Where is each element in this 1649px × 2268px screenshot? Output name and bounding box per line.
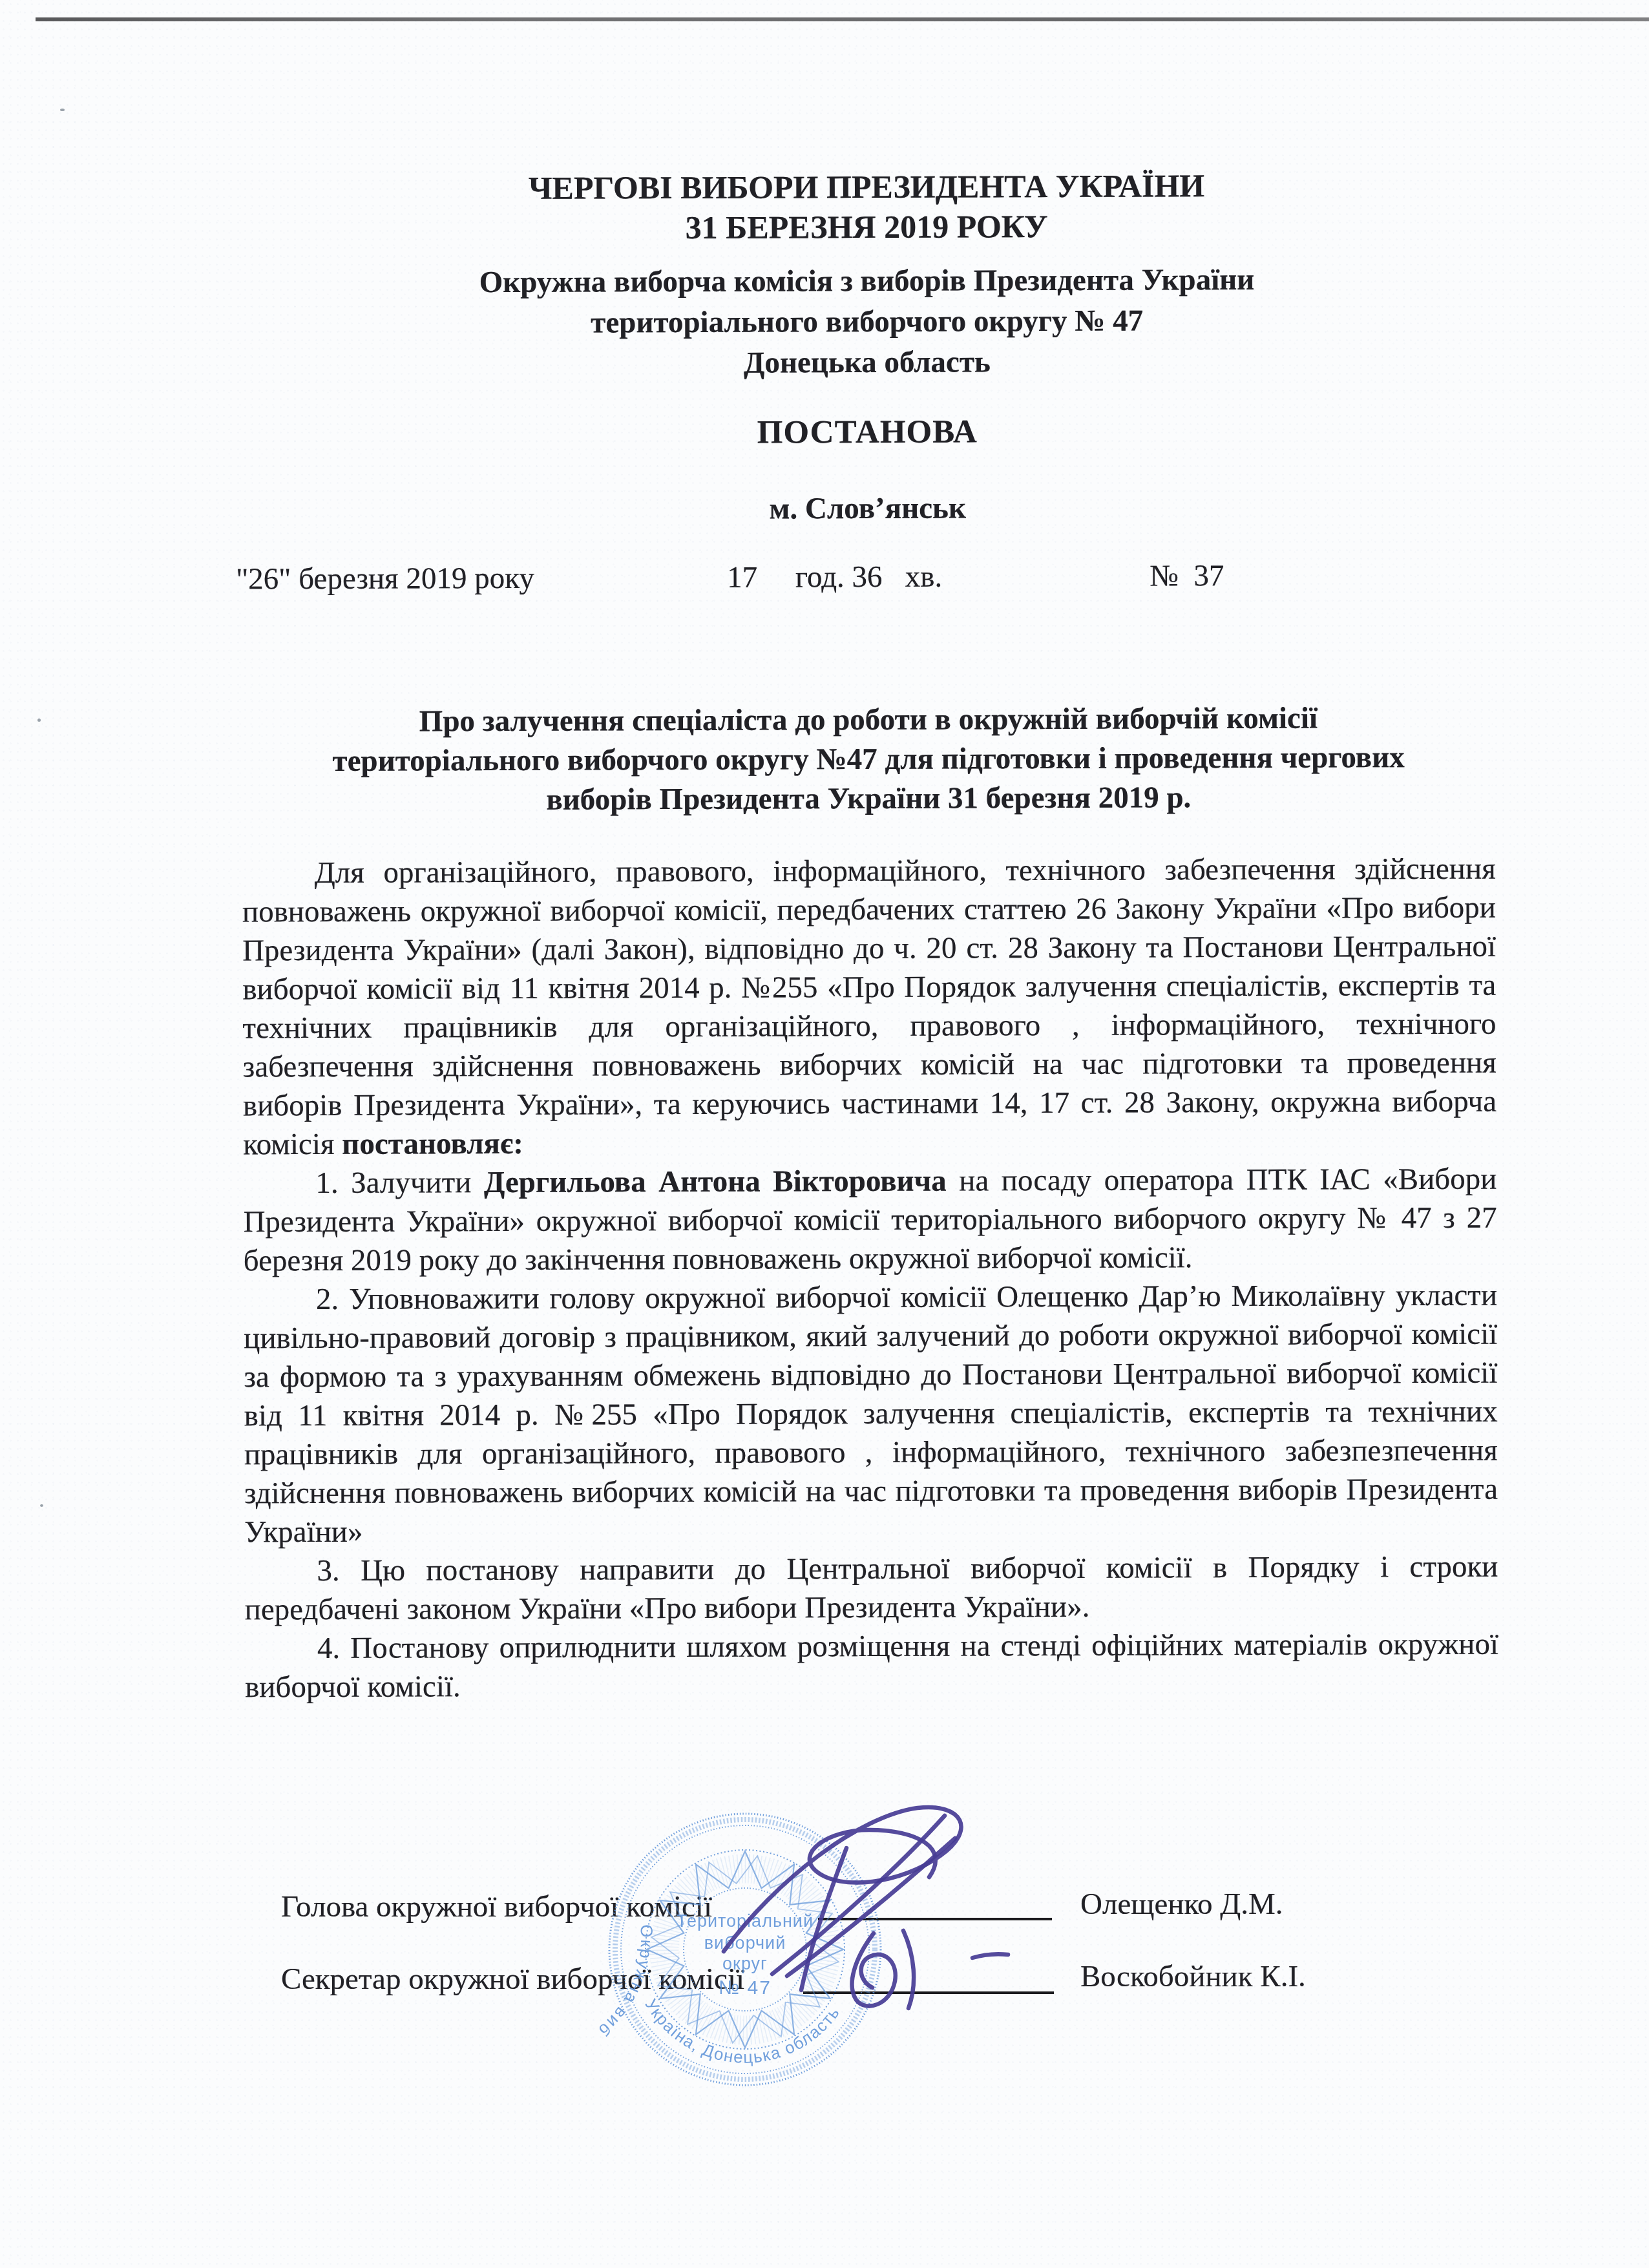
subject-line-1: Про залучення спеціаліста до роботи в ок… (242, 698, 1495, 742)
paragraph-item-4: 4. Постанову оприлюднити шляхом розміщен… (245, 1625, 1498, 1707)
date-number-row: "26" березня 2019 року 17 год. 36 хв. № … (241, 558, 1495, 601)
chairman-name: Олещенко Д.М. (1080, 1887, 1283, 1922)
chairman-signature-loops (724, 1807, 961, 1951)
subject-line-2: територіального виборчого округу №47 для… (242, 738, 1495, 782)
secretary-name: Воскобойник К.І. (1080, 1959, 1306, 1994)
election-header: ЧЕРГОВІ ВИБОРИ ПРЕЗИДЕНТА УКРАЇНИ 31 БЕР… (240, 165, 1493, 249)
commission-line-3: Донецька область (240, 341, 1494, 386)
item1-prefix: 1. Залучити (315, 1166, 484, 1200)
resolution-subject: Про залучення спеціаліста до роботи в ок… (242, 698, 1496, 821)
header-line-1: ЧЕРГОВІ ВИБОРИ ПРЕЗИДЕНТА УКРАЇНИ (240, 165, 1493, 209)
scanned-document-page: ЧЕРГОВІ ВИБОРИ ПРЕЗИДЕНТА УКРАЇНИ 31 БЕР… (0, 0, 1649, 2268)
header-line-2: 31 БЕРЕЗНЯ 2019 РОКУ (240, 205, 1493, 249)
paragraph-item-2: 2. Уповноважити голову окружної виборчої… (244, 1276, 1498, 1552)
preamble-text: Для організаційного, правового, інформац… (242, 852, 1497, 1162)
resolution-body: Для організаційного, правового, інформац… (242, 850, 1499, 1707)
secretary-signature-dash (972, 1954, 1008, 1958)
handwritten-signatures (646, 1770, 1060, 2029)
scan-speck (60, 109, 65, 111)
document-content: ЧЕРГОВІ ВИБОРИ ПРЕЗИДЕНТА УКРАЇНИ 31 БЕР… (239, 0, 1493, 2)
paragraph-preamble: Для організаційного, правового, інформац… (242, 850, 1497, 1164)
subject-line-3: виборів Президента України 31 березня 20… (242, 777, 1495, 821)
document-number: № 37 (1150, 558, 1224, 593)
document-date: "26" березня 2019 року (236, 561, 534, 597)
secretary-signature (852, 1931, 914, 2008)
preamble-resolves-word: постановляє: (342, 1127, 523, 1161)
scanner-edge-artifact (36, 17, 1649, 21)
document-time: 17 год. 36 хв. (727, 560, 942, 595)
item1-person-name: Дергильова Антона Вікторовича (484, 1164, 947, 1199)
document-type-title: ПОСТАНОВА (240, 412, 1494, 454)
city-line: м. Слов’янськ (241, 489, 1495, 529)
paragraph-item-1: 1. Залучити Дергильова Антона Вікторович… (243, 1160, 1497, 1281)
scan-speck (37, 719, 41, 722)
commission-header: Окружна виборча комісія з виборів Презид… (240, 259, 1494, 386)
commission-line-2: територіального виборчого округу № 47 (240, 300, 1494, 345)
paragraph-item-3: 3. Цю постанову направити до Центральної… (244, 1548, 1498, 1630)
commission-line-1: Окружна виборча комісія з виборів Презид… (240, 259, 1493, 304)
scan-speck (40, 1504, 43, 1507)
